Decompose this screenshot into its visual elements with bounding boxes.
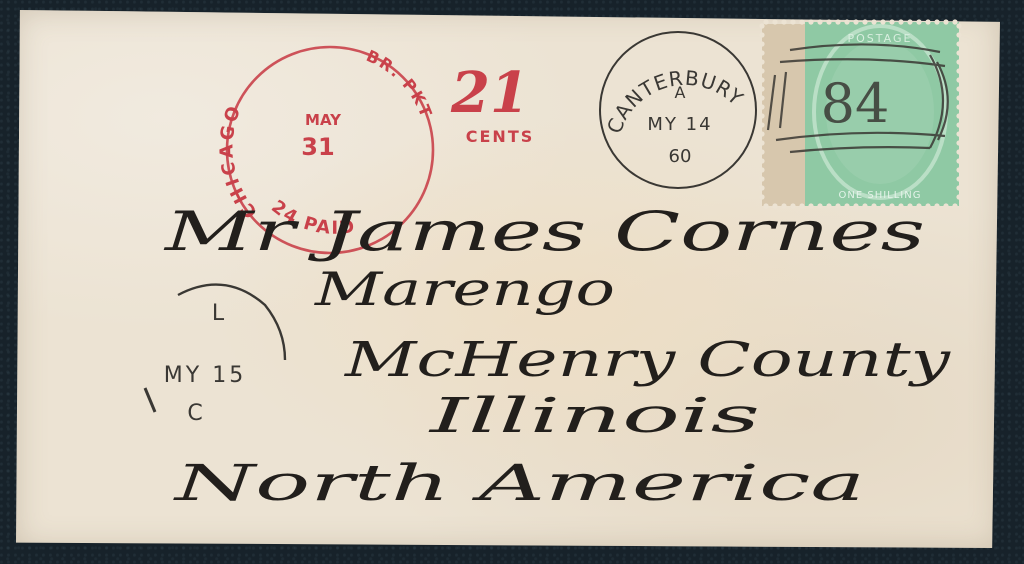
svg-text:Mr James Cornes: Mr James Cornes (163, 200, 925, 263)
svg-text:Illinois: Illinois (428, 388, 760, 444)
svg-text:MAY: MAY (305, 111, 342, 129)
svg-text:MY 15: MY 15 (164, 363, 246, 388)
svg-text:21: 21 (450, 60, 529, 126)
envelope-markings: POSTAGE ONE SHILLING 84 CANTERBURY A MY … (0, 0, 1024, 564)
svg-text:MY 14: MY 14 (647, 114, 712, 135)
stamp-top-text: POSTAGE (848, 32, 913, 45)
stamp-selvage (762, 24, 806, 206)
svg-text:60: 60 (669, 146, 692, 167)
canterbury-postmark: CANTERBURY A MY 14 60 (600, 32, 756, 188)
rate-marking: 21 CENTS (450, 60, 534, 146)
svg-text:L: L (212, 301, 225, 326)
handwritten-address: Mr James Cornes Marengo McHenry County I… (163, 200, 951, 512)
svg-text:A: A (675, 83, 686, 102)
svg-text:31: 31 (301, 133, 334, 161)
transit-postmark: L MY 15 C (145, 285, 285, 426)
svg-text:C: C (187, 401, 202, 426)
svg-text:BR. PKT: BR. PKT (363, 46, 436, 121)
cancel-numeral: 84 (821, 72, 890, 135)
svg-text:North America: North America (173, 454, 865, 512)
svg-text:McHenry County: McHenry County (344, 332, 952, 388)
svg-text:CENTS: CENTS (466, 127, 535, 146)
svg-text:Marengo: Marengo (314, 262, 615, 316)
